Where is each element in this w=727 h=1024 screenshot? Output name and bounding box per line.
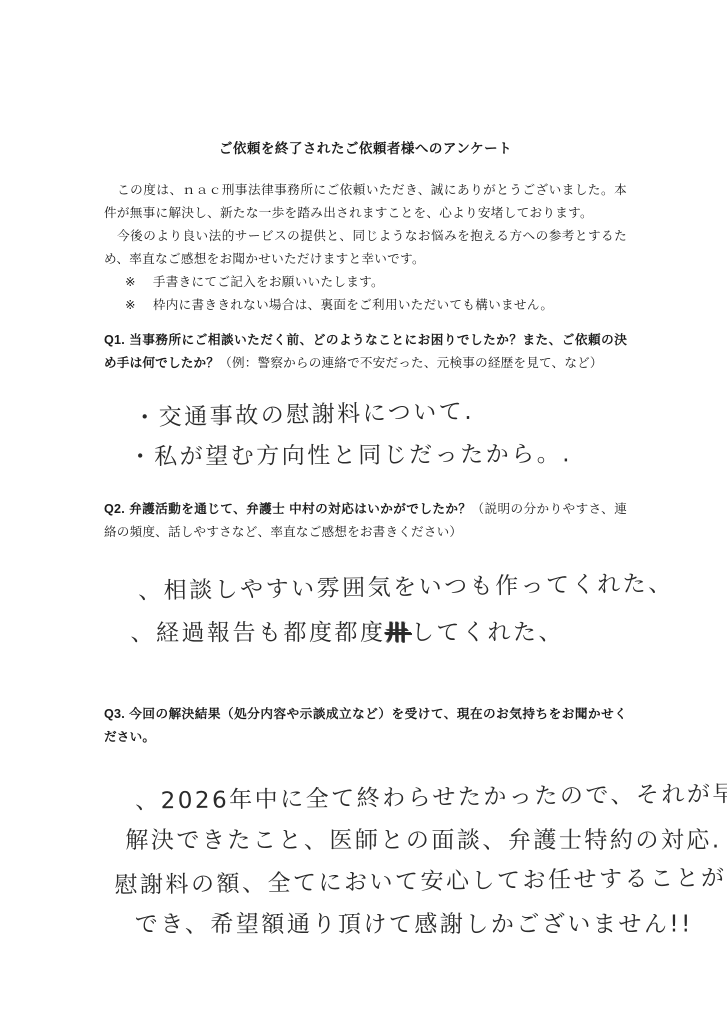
- question-block-q3: Q3.今回の解決結果（処分内容や示談成立など）を受けて、現在のお気持ちをお聞かせ…: [104, 703, 627, 947]
- question-q1: Q1.当事務所にご相談いただく前、どのようなことにお困りでしたか？また、ご依頼の…: [104, 329, 627, 375]
- intro-paragraph-2: 今後のより良い法的サービスの提供と、同じようなお悩みを抱える方への参考とするため…: [104, 225, 627, 271]
- answer-line: 慰謝料の額、全てにおいて安心してお任せすることが: [114, 858, 627, 906]
- answer-line: ・交通事故の慰謝料について.: [133, 388, 628, 439]
- question-number: Q1.: [104, 333, 125, 347]
- question-q3: Q3.今回の解決結果（処分内容や示談成立など）を受けて、現在のお気持ちをお聞かせ…: [104, 703, 627, 749]
- answer-line: 、2026年中に全て終わらせたかったので、それが早まり: [135, 775, 627, 823]
- survey-page: ご依頼を終了されたご依頼者様へのアンケート この度は、ｎａｃ刑事法律事務所にご依…: [0, 0, 727, 1024]
- question-hint: （例：警察からの連絡で不安だった、元検事の経歴を見て、など）: [219, 356, 603, 370]
- intro-paragraph-1: この度は、ｎａｃ刑事法律事務所にご依頼いただき、誠にありがとうございました。本件…: [104, 179, 627, 225]
- question-text: 弁護活動を通じて、弁護士 中村の対応はいかがでしたか？: [129, 502, 472, 516]
- answer-line: でき、希望額通り頂けて感謝しかございません!!: [135, 904, 628, 946]
- answer-line: 、経過報告も都度都度卅してくれた、: [130, 611, 627, 657]
- note-marker: ※: [125, 271, 136, 294]
- question-text: 今回の解決結果（処分内容や示談成立など）を受けて、現在のお気持ちをお聞かせくださ…: [104, 707, 627, 744]
- note-row-backside: ※ 枠内に書ききれない場合は、裏面をご利用いただいても構いません。: [104, 294, 627, 317]
- note-marker: ※: [125, 294, 136, 317]
- question-block-q1: Q1.当事務所にご相談いただく前、どのようなことにお困りでしたか？また、ご依頼の…: [104, 329, 627, 480]
- question-block-q2: Q2.弁護活動を通じて、弁護士 中村の対応はいかがでしたか？（説明の分かりやすさ…: [104, 498, 627, 658]
- note-text: 手書きにてご記入をお願いいたします。: [153, 271, 627, 294]
- question-number: Q3.: [104, 707, 125, 721]
- page-title: ご依頼を終了されたご依頼者様へのアンケート: [104, 137, 627, 160]
- answer-line: ・私が望む方向性と同じだったから。.: [129, 433, 628, 478]
- handwritten-answer-q2: 、相談しやすい雰囲気をいつも作ってくれた、 、経過報告も都度都度卅してくれた、: [104, 564, 628, 658]
- answer-text: 、経過報告も都度都度: [130, 620, 385, 646]
- scribbled-out-character: 卅: [385, 620, 411, 646]
- answer-line: 解決できたこと、医師との面談、弁護士特約の対応.: [125, 820, 627, 862]
- question-q2: Q2.弁護活動を通じて、弁護士 中村の対応はいかがでしたか？（説明の分かりやすさ…: [104, 498, 627, 544]
- question-number: Q2.: [104, 502, 125, 516]
- answer-text: してくれた、: [411, 620, 564, 646]
- note-text: 枠内に書ききれない場合は、裏面をご利用いただいても構いません。: [153, 294, 627, 317]
- note-row-handwriting: ※ 手書きにてご記入をお願いいたします。: [104, 271, 627, 294]
- handwritten-answer-q1: ・交通事故の慰謝料について. ・私が望む方向性と同じだったから。.: [104, 390, 628, 480]
- answer-line: 、相談しやすい雰囲気をいつも作ってくれた、: [138, 563, 628, 615]
- handwritten-answer-q3: 、2026年中に全て終わらせたかったので、それが早まり 解決できたこと、医師との…: [104, 776, 628, 947]
